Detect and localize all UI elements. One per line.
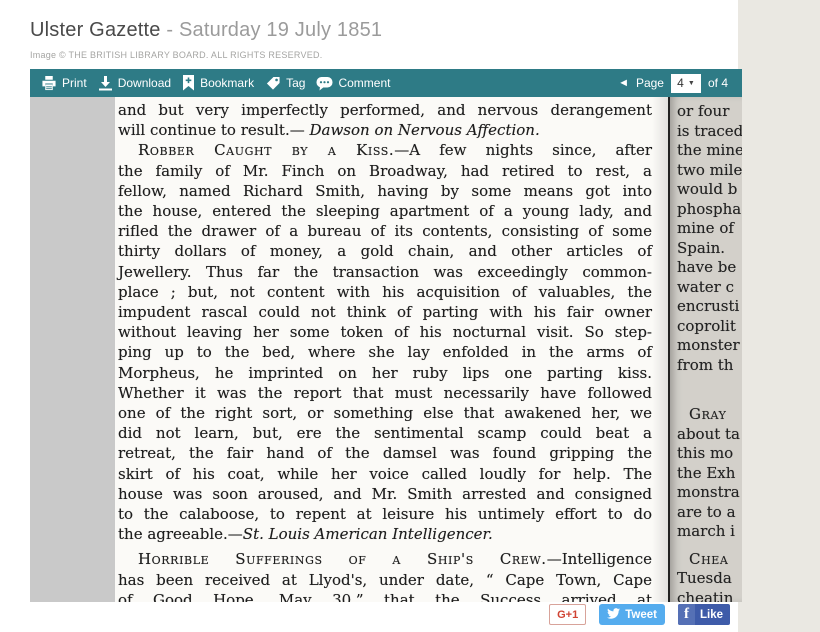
facebook-icon: f	[678, 604, 695, 625]
newspaper-line: phospha	[677, 200, 742, 220]
newspaper-line: monstra	[677, 483, 742, 503]
newspaper-line: water c	[677, 278, 742, 298]
newspaper-line: coprolit	[677, 317, 742, 337]
google-plus-button[interactable]: G+1	[549, 604, 586, 625]
newspaper-line: from th	[677, 356, 742, 376]
facebook-like-button[interactable]: f Like	[678, 604, 730, 625]
print-button[interactable]: Print	[41, 76, 87, 91]
newspaper-line: are to a	[677, 503, 742, 523]
newspaper-line: the family of Mr. Finch on Broadway, had…	[118, 161, 652, 181]
newspaper-line: rifled the drawer of a bureau of its con…	[118, 221, 652, 241]
newspaper-line: impudent rascal could not think of parti…	[118, 302, 652, 322]
newspaper-line: Horrible Sufferings of a Ship's Crew.—In…	[118, 549, 652, 569]
newspaper-line: march i	[677, 522, 742, 542]
newspaper-line: house was soon aroused, and Mr. Smith ar…	[118, 484, 652, 504]
download-label: Download	[118, 76, 171, 90]
newspaper-line: the agreeable.—St. Louis American Intell…	[118, 524, 652, 544]
newspaper-paragraph: Horrible Sufferings of a Ship's Crew.—In…	[118, 549, 652, 602]
newspaper-line: has been received at Llyod's, under date…	[118, 570, 652, 590]
column-gutter-shadow	[652, 97, 668, 602]
chevron-down-icon: ▼	[688, 80, 695, 87]
print-label: Print	[62, 76, 87, 90]
newspaper-line: monster	[677, 336, 742, 356]
page-number-dropdown[interactable]: 4 ▼	[671, 74, 701, 93]
newspaper-line: and but very imperfectly performed, and …	[118, 100, 652, 120]
newspaper-line: is traced	[677, 122, 742, 142]
like-label: Like	[695, 609, 730, 621]
current-page-value: 4	[677, 76, 684, 90]
newspaper-paragraph: CheaTuesdacheatin	[677, 550, 742, 603]
tag-button[interactable]: Tag	[265, 76, 305, 91]
viewer-toolbar: Print Download Bookmark Tag Comment ◄ Pa…	[30, 69, 742, 97]
newspaper-line: about ta	[677, 425, 742, 445]
bookmark-icon	[182, 75, 195, 91]
tag-label: Tag	[286, 76, 305, 90]
page-navigation: ◄ Page 4 ▼ of 4	[618, 74, 728, 93]
comment-icon	[316, 76, 333, 91]
newspaper-line: cheatin	[677, 589, 742, 603]
newspaper-line: without leaving her some token of his no…	[118, 322, 652, 342]
newspaper-line: Gray	[677, 405, 742, 425]
newspaper-line: the mine	[677, 141, 742, 161]
newspaper-scan[interactable]: and but very imperfectly performed, and …	[115, 97, 742, 602]
newspaper-line: skirt of his coat, while her voice calle…	[118, 464, 652, 484]
newspaper-line: have be	[677, 258, 742, 278]
download-icon	[98, 76, 113, 91]
newspaper-paragraph: Robber Caught by a Kiss.—A few nights si…	[118, 140, 652, 544]
newspaper-paragraph: Grayabout tathis mothe Exhmonstraare to …	[677, 405, 742, 542]
page-side-background	[738, 0, 820, 632]
newspaper-line: Tuesda	[677, 569, 742, 589]
newspaper-line: or four	[677, 102, 742, 122]
newspaper-line: Jewellery. Thus far the transaction was …	[118, 262, 652, 282]
newspaper-line: would b	[677, 180, 742, 200]
bookmark-label: Bookmark	[200, 76, 254, 90]
newspaper-image-viewer[interactable]: and but very imperfectly performed, and …	[30, 97, 742, 602]
newspaper-paragraph: or fouris tracedthe minetwo milewould bp…	[677, 102, 742, 375]
page-label: Page	[636, 76, 664, 90]
comment-button[interactable]: Comment	[316, 76, 390, 91]
newspaper-line: Spain.	[677, 239, 742, 259]
newspaper-line: encrusti	[677, 297, 742, 317]
tweet-label: Tweet	[625, 609, 657, 621]
newspaper-line: ping up to the bed, where she lay enfold…	[118, 342, 652, 362]
newspaper-line: two mile	[677, 161, 742, 181]
newspaper-line: will continue to result.— Dawson on Nerv…	[118, 120, 652, 140]
newspaper-line: Morpheus, he imprinted on her ruby lips …	[118, 363, 652, 383]
newspaper-line: mine of	[677, 219, 742, 239]
newspaper-line: one of the right sort, or something else…	[118, 403, 652, 423]
bookmark-button[interactable]: Bookmark	[182, 75, 254, 91]
tweet-button[interactable]: Tweet	[599, 604, 665, 625]
newspaper-line: fellow, named Richard Smith, having by s…	[118, 181, 652, 201]
newspaper-line: did not learn, but, ere the sentimental …	[118, 423, 652, 443]
page-count-label: of 4	[708, 76, 728, 90]
newspaper-line: Robber Caught by a Kiss.—A few nights si…	[118, 140, 652, 160]
tag-icon	[265, 76, 281, 91]
publication-name: Ulster Gazette	[30, 19, 161, 41]
twitter-bird-icon	[607, 608, 620, 622]
gplus-label: G+1	[557, 609, 578, 621]
newspaper-line: thirty dollars of money, a gold chain, a…	[118, 241, 652, 261]
scan-right-column: or fouris tracedthe minetwo milewould bp…	[670, 97, 742, 602]
newspaper-line: place ; but, not content with his acquis…	[118, 282, 652, 302]
issue-date: - Saturday 19 July 1851	[161, 19, 383, 41]
download-button[interactable]: Download	[98, 76, 171, 91]
issue-header: Ulster Gazette - Saturday 19 July 1851 I…	[30, 19, 382, 60]
newspaper-line: Chea	[677, 550, 742, 570]
comment-label: Comment	[338, 76, 390, 90]
newspaper-line: to the calaboose, to repent at leisure h…	[118, 504, 652, 524]
newspaper-line: the Exh	[677, 464, 742, 484]
newspaper-line: the house, entered the sleeping apartmen…	[118, 201, 652, 221]
copyright-notice: Image © THE BRITISH LIBRARY BOARD. ALL R…	[30, 50, 382, 60]
page-title: Ulster Gazette - Saturday 19 July 1851	[30, 19, 382, 42]
scan-main-column: and but very imperfectly performed, and …	[118, 100, 652, 602]
newspaper-paragraph: and but very imperfectly performed, and …	[118, 100, 652, 140]
previous-page-icon[interactable]: ◄	[618, 78, 629, 89]
social-share-bar: G+1 Tweet f Like	[0, 604, 738, 625]
newspaper-line: this mo	[677, 444, 742, 464]
newspaper-line: of Good Hope, May 30,” that the Success …	[118, 590, 652, 602]
newspaper-line: retreat, the fair hand of the damsel was…	[118, 443, 652, 463]
printer-icon	[41, 76, 57, 91]
newspaper-line: Whether it was the report that must nece…	[118, 383, 652, 403]
